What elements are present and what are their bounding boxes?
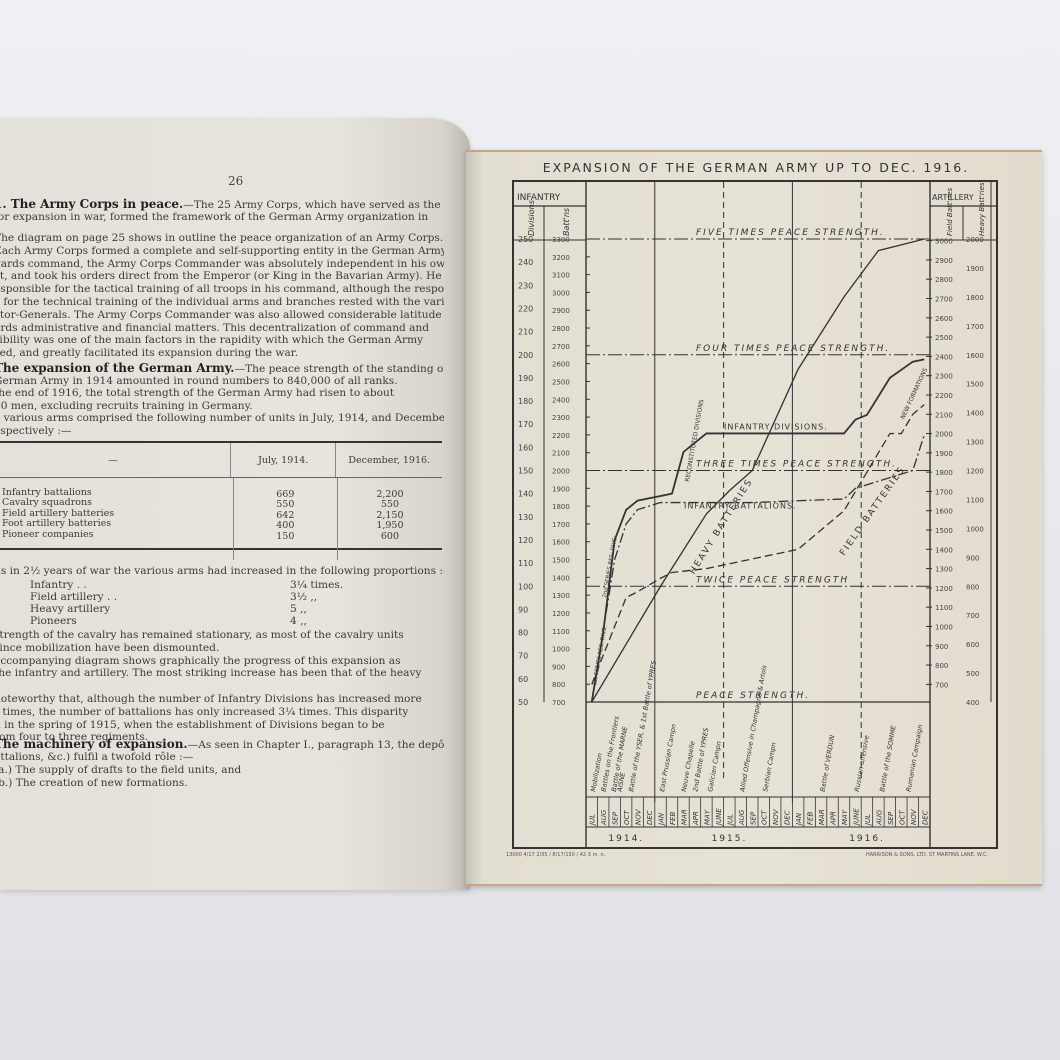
svg-text:1900: 1900 — [552, 485, 570, 493]
svg-text:Battle of VERDUN: Battle of VERDUN — [819, 734, 837, 792]
svg-text:2100: 2100 — [552, 450, 570, 458]
svg-text:Russian offensive: Russian offensive — [853, 735, 871, 793]
svg-text:AUG: AUG — [738, 809, 746, 826]
svg-text:DEC: DEC — [784, 810, 792, 825]
text-line: 00 men, excluding recruits training in G… — [0, 400, 444, 413]
svg-text:SEP: SEP — [887, 811, 895, 825]
text-line: ards administrative and financial matter… — [0, 322, 444, 335]
svg-text:JUL: JUL — [864, 814, 872, 827]
svg-text:100: 100 — [518, 582, 533, 591]
svg-text:OCT: OCT — [898, 810, 906, 825]
svg-text:1914.: 1914. — [608, 834, 644, 844]
text-line: ctor-Generals. The Army Corps Commander … — [0, 309, 444, 322]
svg-text:1400: 1400 — [935, 546, 953, 554]
svg-text:1000: 1000 — [935, 623, 953, 631]
svg-text:Battle of the SOMME: Battle of the SOMME — [878, 724, 898, 792]
text-line: German Army in 1914 amounted in round nu… — [0, 375, 444, 388]
svg-text:SEP: SEP — [612, 811, 620, 825]
svg-text:2400: 2400 — [935, 353, 953, 361]
svg-text:2800: 2800 — [935, 276, 953, 284]
col-dec1916: 2,200 550 2,150 1,950 600 — [337, 478, 442, 560]
svg-text:900: 900 — [935, 643, 948, 651]
svg-text:120: 120 — [518, 536, 533, 545]
svg-text:2900: 2900 — [552, 307, 570, 315]
svg-text:1600: 1600 — [935, 508, 953, 516]
svg-text:JUNE: JUNE — [715, 808, 723, 827]
svg-text:210: 210 — [518, 328, 533, 337]
svg-text:50: 50 — [518, 698, 528, 707]
svg-text:240: 240 — [518, 258, 533, 267]
text-line: strength of the cavalry has remained sta… — [0, 629, 444, 642]
svg-text:1100: 1100 — [935, 604, 953, 612]
text-line: d in the spring of 1915, when the establ… — [0, 719, 444, 732]
text-line: (b.) The creation of new formations. — [0, 777, 444, 790]
svg-text:1800: 1800 — [935, 469, 953, 477]
svg-text:AUG: AUG — [875, 809, 883, 826]
svg-text:Batt'ns: Batt'ns — [562, 208, 571, 236]
svg-text:OCT: OCT — [623, 810, 631, 825]
svg-text:JUNE: JUNE — [852, 808, 860, 827]
svg-text:800: 800 — [552, 681, 565, 689]
svg-text:140: 140 — [518, 490, 533, 499]
svg-text:PEACE STRENGTH.: PEACE STRENGTH. — [696, 691, 810, 701]
text-line: The diagram on page 25 shows in outline … — [0, 232, 444, 245]
right-page: EXPANSION OF THE GERMAN ARMY UP TO DEC. … — [466, 150, 1042, 886]
svg-text:1500: 1500 — [966, 381, 984, 389]
svg-text:130: 130 — [518, 513, 533, 522]
svg-text:1600: 1600 — [552, 539, 570, 547]
svg-text:220: 220 — [518, 304, 533, 313]
svg-text:2800: 2800 — [552, 325, 570, 333]
col-units: Infantry battalions Cavalry squadrons Fi… — [0, 478, 233, 548]
table-cell: 150 — [276, 532, 294, 542]
svg-text:60: 60 — [518, 675, 528, 684]
svg-text:FEB: FEB — [669, 812, 677, 825]
svg-text:2000: 2000 — [552, 468, 570, 476]
svg-text:Rumanian Campaign: Rumanian Campaign — [905, 724, 925, 792]
svg-text:900: 900 — [552, 663, 565, 671]
svg-text:1700: 1700 — [966, 323, 984, 331]
svg-text:FIVE TIMES PEACE STRENGTH.: FIVE TIMES PEACE STRENGTH. — [696, 228, 885, 238]
svg-text:1900: 1900 — [935, 450, 953, 458]
text-line: 1. The Army Corps in peace.—The 25 Army … — [0, 198, 444, 212]
text-line: e various arms comprised the following n… — [0, 412, 444, 425]
text-line: sibility was one of the main factors in … — [0, 334, 444, 347]
col-header-unit: — — [0, 455, 230, 466]
text-line: Each Army Corps formed a complete and se… — [0, 245, 444, 258]
svg-text:THREE TIMES PEACE STRENGTH.: THREE TIMES PEACE STRENGTH. — [696, 460, 897, 470]
svg-text:JAN: JAN — [658, 812, 666, 827]
svg-text:500: 500 — [966, 670, 979, 678]
text-line: (a.) The supply of drafts to the field u… — [0, 764, 444, 777]
svg-text:1916.: 1916. — [849, 834, 885, 844]
svg-text:APR: APR — [692, 811, 700, 826]
svg-text:230: 230 — [518, 281, 533, 290]
svg-text:1100: 1100 — [966, 496, 984, 504]
text-line: The expansion of the German Army.—The pe… — [0, 362, 444, 376]
svg-text:MAY: MAY — [703, 809, 711, 825]
series-field-batteries — [592, 405, 925, 685]
svg-text:700: 700 — [552, 699, 565, 707]
svg-text:Heavy Batt'ries: Heavy Batt'ries — [978, 182, 986, 236]
svg-text:3100: 3100 — [552, 272, 570, 280]
svg-text:2600: 2600 — [935, 315, 953, 323]
svg-text:1300: 1300 — [966, 439, 984, 447]
svg-text:DEC: DEC — [921, 810, 929, 825]
text-line: ct, and took his orders direct from the … — [0, 270, 444, 283]
svg-text:600: 600 — [966, 641, 979, 649]
svg-text:INFANTRY: INFANTRY — [517, 193, 561, 203]
svg-text:MAR: MAR — [818, 809, 826, 825]
svg-text:3000: 3000 — [552, 289, 570, 297]
svg-text:1000: 1000 — [966, 525, 984, 533]
svg-text:170: 170 — [518, 420, 533, 429]
text-line: espectively :— — [0, 425, 444, 438]
text-line: noteworthy that, although the number of … — [0, 693, 444, 706]
text-line: The machinery of expansion.—As seen in C… — [0, 738, 444, 752]
text-line: attalions, &c.) fulfil a twofold rôle :— — [0, 751, 444, 764]
svg-text:FEB: FEB — [807, 812, 815, 825]
svg-text:East Prussian Campn: East Prussian Campn — [658, 723, 678, 792]
svg-text:1800: 1800 — [552, 503, 570, 511]
svg-text:700: 700 — [966, 612, 979, 620]
svg-text:200: 200 — [518, 351, 533, 360]
series-infantry-battalions — [592, 435, 925, 702]
text-line: accompanying diagram shows graphically t… — [0, 655, 444, 668]
svg-text:JUL: JUL — [589, 814, 597, 827]
svg-text:1200: 1200 — [966, 468, 984, 476]
svg-text:Battle of the YSER, & 1st Batt: Battle of the YSER, & 1st Battle of YPRE… — [627, 660, 658, 792]
units-table: — July, 1914. December, 1916. Infantry b… — [0, 441, 442, 550]
text-line: gards command, the Army Corps Commander … — [0, 258, 444, 271]
svg-text:NOV: NOV — [772, 808, 780, 825]
svg-text:1300: 1300 — [935, 566, 953, 574]
proportion-row: Field artillery . .3½ ,, — [30, 591, 430, 603]
svg-text:160: 160 — [518, 443, 533, 452]
text-line: the infantry and artillery. The most str… — [0, 667, 444, 680]
svg-text:2400: 2400 — [552, 396, 570, 404]
svg-text:1915.: 1915. — [712, 834, 748, 844]
table-cell: 600 — [381, 532, 399, 542]
svg-text:TWICE PEACE STRENGTH: TWICE PEACE STRENGTH — [696, 575, 849, 585]
text-line: y for the technical training of the indi… — [0, 296, 444, 309]
svg-text:80: 80 — [518, 629, 528, 638]
left-page: 26 1. The Army Corps in peace.—The 25 Ar… — [0, 118, 470, 890]
proportion-row: Pioneers4 ,, — [30, 615, 430, 627]
svg-text:180: 180 — [518, 397, 533, 406]
col-jul1914: 669 550 642 400 150 — [233, 478, 337, 560]
proportion-row: Infantry . .3¼ times. — [30, 579, 430, 591]
text-line: since mobilization have been dismounted. — [0, 642, 444, 655]
svg-text:2100: 2100 — [935, 411, 953, 419]
units-table-header: — July, 1914. December, 1916. — [0, 443, 442, 478]
text-line: esponsible for the tactical training of … — [0, 283, 444, 296]
svg-text:110: 110 — [518, 559, 533, 568]
svg-text:700: 700 — [935, 681, 948, 689]
svg-text:Divisions: Divisions — [527, 200, 536, 236]
svg-text:2600: 2600 — [552, 361, 570, 369]
table-cell: Pioneer companies — [2, 530, 233, 540]
proportions-intro: us in 2½ years of war the various arms h… — [0, 565, 444, 578]
svg-text:Field Batt'ries: Field Batt'ries — [946, 187, 954, 236]
svg-text:AUG: AUG — [600, 809, 608, 826]
svg-text:70: 70 — [518, 652, 528, 661]
svg-text:2000: 2000 — [935, 431, 953, 439]
svg-text:90: 90 — [518, 605, 528, 614]
svg-text:2300: 2300 — [552, 414, 570, 422]
svg-text:2200: 2200 — [935, 392, 953, 400]
svg-text:2900: 2900 — [935, 257, 953, 265]
svg-text:APR: APR — [830, 811, 838, 826]
svg-text:OCT: OCT — [761, 810, 769, 825]
svg-text:2300: 2300 — [935, 373, 953, 381]
svg-text:JAN: JAN — [795, 812, 803, 827]
svg-text:INFANTRY DIVISIONS.: INFANTRY DIVISIONS. — [724, 422, 828, 431]
svg-text:1400: 1400 — [966, 410, 984, 418]
svg-text:Galician Campn: Galician Campn — [706, 740, 723, 792]
units-table-body: Infantry battalions Cavalry squadrons Fi… — [0, 478, 442, 548]
printer-code: 13000 4/17 2/35 / 8/17/150 / 42 3 m. n. — [506, 852, 605, 858]
svg-text:3300: 3300 — [552, 236, 570, 244]
svg-text:2700: 2700 — [935, 296, 953, 304]
svg-text:3000: 3000 — [935, 238, 953, 246]
svg-text:2500: 2500 — [552, 378, 570, 386]
svg-text:190: 190 — [518, 374, 533, 383]
text-line: r times, the number of battalions has on… — [0, 706, 444, 719]
page-number: 26 — [228, 174, 243, 188]
col-header-jul1914: July, 1914. — [230, 443, 336, 477]
svg-text:1200: 1200 — [935, 585, 953, 593]
svg-text:2700: 2700 — [552, 343, 570, 351]
svg-text:Serbian Campn: Serbian Campn — [761, 742, 778, 793]
svg-text:150: 150 — [518, 467, 533, 476]
svg-text:SEP: SEP — [749, 811, 757, 825]
svg-text:800: 800 — [966, 583, 979, 591]
chart-frame: INFANTRYDivisionsBatt'ns5060708090100110… — [512, 180, 998, 849]
svg-text:1300: 1300 — [552, 592, 570, 600]
svg-text:1500: 1500 — [552, 557, 570, 565]
svg-text:FIELD BATTERIES: FIELD BATTERIES — [838, 465, 907, 558]
svg-text:RECONSTITUTED DIVISIONS: RECONSTITUTED DIVISIONS — [684, 399, 705, 483]
series-infantry-divisions — [592, 359, 925, 702]
text-line: zed, and greatly facilitated its expansi… — [0, 347, 444, 360]
chart-title: EXPANSION OF THE GERMAN ARMY UP TO DEC. … — [536, 160, 976, 175]
text-line: the end of 1916, the total strength of t… — [0, 387, 444, 400]
svg-text:NOV: NOV — [910, 808, 918, 825]
svg-text:DEC: DEC — [646, 810, 654, 825]
svg-text:FOUR TIMES PEACE STRENGTH.: FOUR TIMES PEACE STRENGTH. — [696, 344, 890, 354]
text-line: for expansion in war, formed the framewo… — [0, 211, 444, 224]
svg-text:1400: 1400 — [552, 574, 570, 582]
svg-text:1600: 1600 — [966, 352, 984, 360]
svg-text:3200: 3200 — [552, 254, 570, 262]
svg-text:1700: 1700 — [552, 521, 570, 529]
svg-text:1000: 1000 — [552, 646, 570, 654]
svg-text:MAR: MAR — [680, 809, 688, 825]
svg-text:1100: 1100 — [552, 628, 570, 636]
svg-text:NOV: NOV — [635, 808, 643, 825]
svg-text:1500: 1500 — [935, 527, 953, 535]
proportion-row: Heavy artillery5 ,, — [30, 603, 430, 615]
col-header-dec1916: December, 1916. — [335, 443, 442, 477]
svg-text:JUL: JUL — [726, 814, 734, 827]
expansion-chart: INFANTRYDivisionsBatt'ns5060708090100110… — [514, 182, 996, 847]
svg-text:1800: 1800 — [966, 294, 984, 302]
svg-text:400: 400 — [966, 699, 979, 707]
svg-text:2500: 2500 — [935, 334, 953, 342]
svg-text:900: 900 — [966, 554, 979, 562]
svg-text:2200: 2200 — [552, 432, 570, 440]
svg-text:1700: 1700 — [935, 488, 953, 496]
svg-text:2000: 2000 — [966, 236, 984, 244]
svg-text:250: 250 — [518, 235, 533, 244]
svg-text:1900: 1900 — [966, 265, 984, 273]
svg-text:800: 800 — [935, 662, 948, 670]
svg-text:1200: 1200 — [552, 610, 570, 618]
svg-text:MAY: MAY — [841, 809, 849, 825]
printer-imprint: HARRISON & SONS, LTD. ST MARTINS LANE, W… — [866, 852, 988, 858]
